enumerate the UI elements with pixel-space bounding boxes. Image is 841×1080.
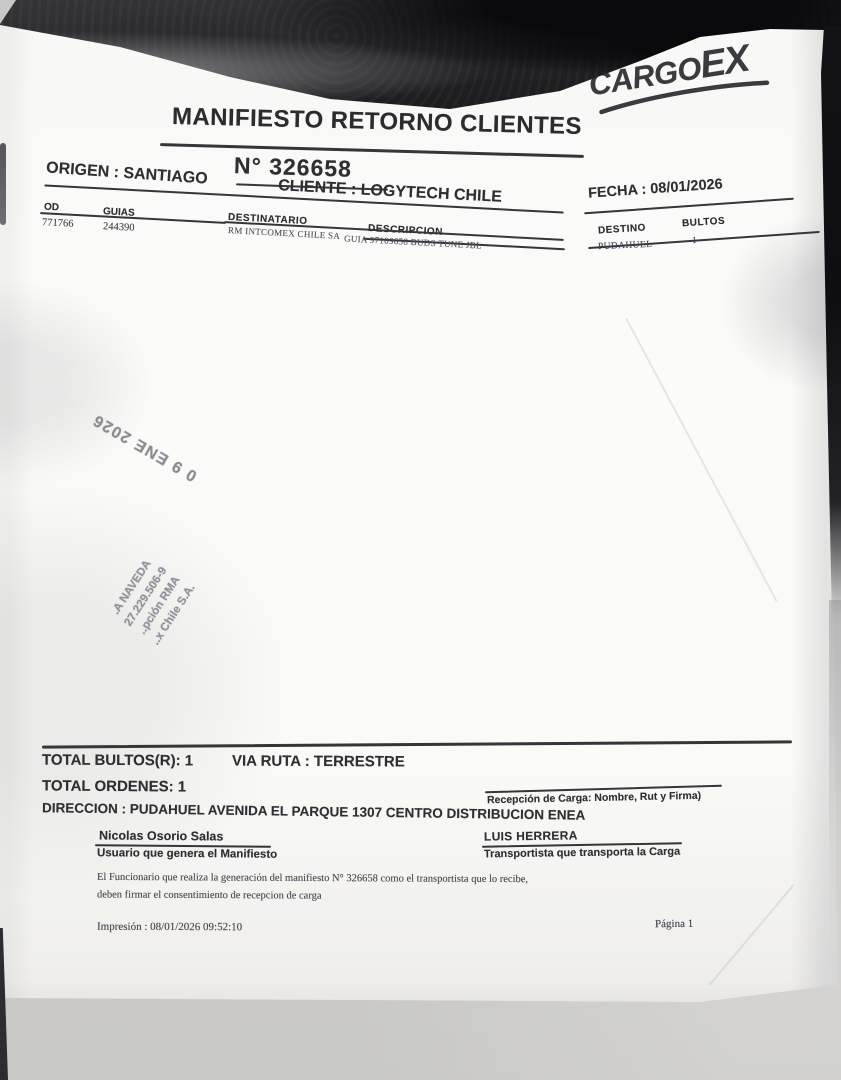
left-edge-mark xyxy=(0,143,6,225)
totals-top-rule xyxy=(42,740,792,748)
manifest-content: CARGOEX MANIFIESTO RETORNO CLIENTES N° 3… xyxy=(0,0,841,1080)
row-guia-value: 244390 xyxy=(103,221,135,234)
row-cod-value: 771766 xyxy=(42,217,74,230)
legal-note-line2: deben firmar el consentimiento de recepc… xyxy=(97,889,322,901)
date-field: FECHA : 08/01/2026 xyxy=(588,176,724,201)
row-bultos-value: 1 xyxy=(692,236,697,246)
via-ruta: VIA RUTA : TERRESTRE xyxy=(232,753,405,771)
transporter-role: Transportista que transporta la Carga xyxy=(484,846,680,861)
total-bultos: TOTAL BULTOS(R): 1 xyxy=(42,752,193,770)
row-destino-value: PUDAHUEL xyxy=(598,240,653,252)
generator-name: Nicolas Osorio Salas xyxy=(99,828,223,843)
photo-scene: CARGOEX MANIFIESTO RETORNO CLIENTES N° 3… xyxy=(0,0,841,1080)
column-header-bultos: BULTOS xyxy=(682,216,726,230)
title-underline xyxy=(160,143,584,158)
transporter-name: LUIS HERRERA xyxy=(484,828,578,843)
legal-note-line1: El Funcionario que realiza la generación… xyxy=(97,872,528,885)
origin-field: ORIGEN : SANTIAGO xyxy=(46,159,209,188)
print-timestamp: Impresión : 08/01/2026 09:52:10 xyxy=(97,921,242,934)
page-number: Página 1 xyxy=(655,918,693,930)
total-ordenes: TOTAL ORDENES: 1 xyxy=(42,777,186,795)
right-lower-shadow xyxy=(829,600,841,1000)
generator-role: Usuario que genera el Manifiesto xyxy=(97,847,277,861)
column-header-destino: DESTINO xyxy=(598,223,647,237)
table-top-rule-right xyxy=(584,198,794,215)
document-title: MANIFIESTO RETORNO CLIENTES xyxy=(172,103,583,141)
date-received-stamp: 0 9 ENE 2026 xyxy=(71,399,219,495)
rma-reception-stamp: .A NAVEDA 27.229.506-9 ..pción RMA ..x C… xyxy=(73,504,232,700)
